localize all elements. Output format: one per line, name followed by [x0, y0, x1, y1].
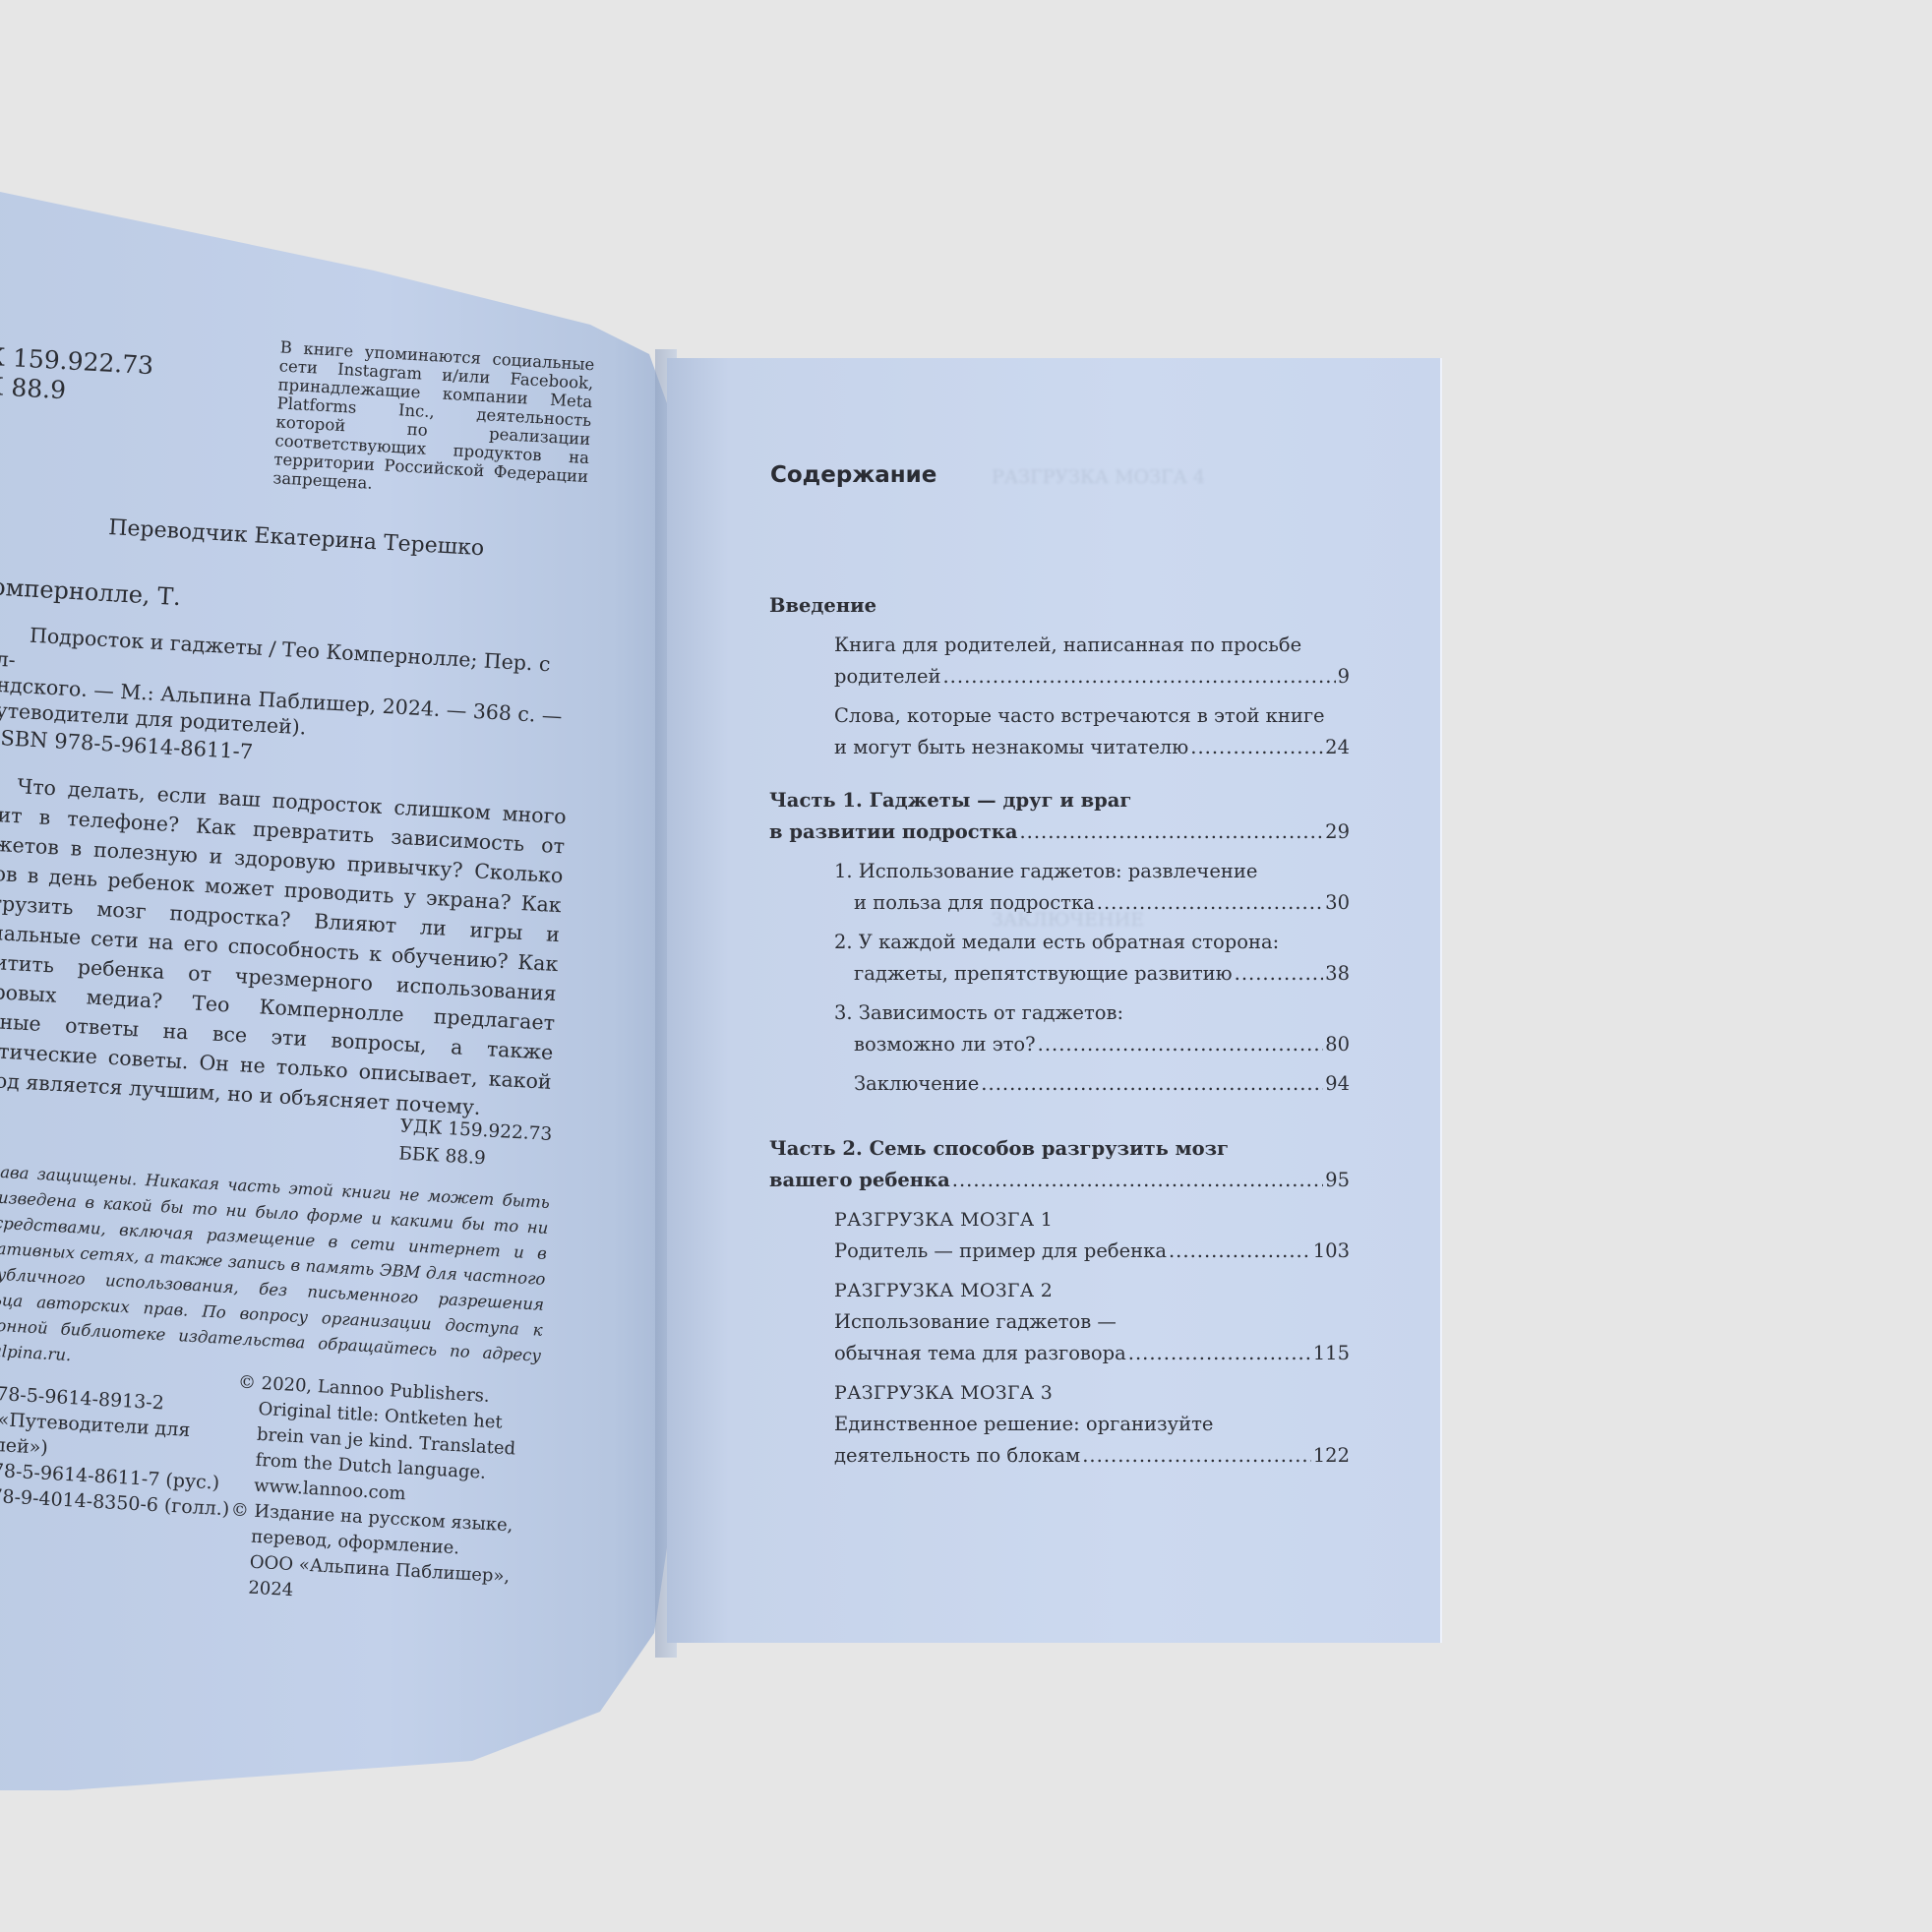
toc-entry[interactable]: Книга для родителей, написанная по прось…	[769, 630, 1350, 693]
toc-chapter-1[interactable]: 1. Использование гаджетов: развлечение и…	[769, 856, 1350, 919]
leader-dots	[1038, 1029, 1324, 1060]
unload-title: Использование гаджетов —	[834, 1306, 1350, 1338]
chapter-title: Заключение	[854, 1068, 979, 1100]
toc-title: Содержание	[770, 462, 936, 488]
page-number: 30	[1325, 887, 1350, 919]
page-number: 94	[1325, 1068, 1350, 1100]
page-number: 9	[1338, 661, 1350, 693]
annotation-text: Что делать, если ваш подросток слишком м…	[0, 768, 567, 1126]
leader-dots	[1169, 1236, 1311, 1267]
page-number: 122	[1313, 1440, 1350, 1472]
chapter-title: 3. Зависимость от гаджетов:	[854, 997, 1350, 1029]
social-networks-notice: В книге упоминаются социальные сети Inst…	[272, 337, 595, 505]
leader-dots	[952, 1165, 1323, 1196]
part-title: Часть 2. Семь способов разгрузить мозг	[769, 1133, 1350, 1165]
toc-conclusion[interactable]: Заключение94	[769, 1068, 1350, 1100]
page-number: 80	[1325, 1029, 1350, 1060]
toc-entry-text: родителей	[834, 661, 940, 693]
unload-title: деятельность по блокам	[834, 1440, 1080, 1472]
unload-title: Единственное решение: организуйте	[834, 1409, 1350, 1440]
toc-entry-text: и могут быть незнакомы читателю	[834, 732, 1188, 763]
udk-top: К 159.922.73 К 88.9	[0, 342, 154, 410]
leader-dots	[1082, 1440, 1311, 1472]
page-number: 115	[1313, 1338, 1350, 1369]
toc-chapter-2[interactable]: 2. У каждой медали есть обратная сторона…	[769, 927, 1350, 990]
udk-bottom: УДК 159.922.73 ББК 88.9	[397, 1113, 552, 1177]
toc-entry-text: Слова, которые часто встречаются в этой …	[834, 700, 1350, 732]
unload-label: РАЗГРУЗКА МОЗГА 2	[834, 1275, 1350, 1306]
toc-unload-2[interactable]: РАЗГРУЗКА МОЗГА 2 Использование гаджетов…	[769, 1275, 1350, 1369]
toc-unload-3[interactable]: РАЗГРУЗКА МОЗГА 3 Единственное решение: …	[769, 1377, 1350, 1472]
page-number: 95	[1325, 1165, 1350, 1196]
chapter-title: и польза для подростка	[854, 887, 1095, 919]
chapter-title: 2. У каждой медали есть обратная сторона…	[854, 927, 1350, 958]
page-number: 24	[1325, 732, 1350, 763]
part-title: Часть 1. Гаджеты — друг и враг	[769, 785, 1350, 816]
translator: Переводчик Екатерина Терешко	[108, 515, 485, 561]
toc-part-2[interactable]: Часть 2. Семь способов разгрузить мозг в…	[769, 1133, 1350, 1196]
part-title: в развитии подростка	[769, 816, 1017, 848]
part-title: вашего ребенка	[769, 1165, 950, 1196]
right-page: РАЗГРУЗКА МОЗГА 4 ЗАКЛЮЧЕНИЕ Содержание …	[667, 358, 1440, 1643]
chapter-title: возможно ли это?	[854, 1029, 1036, 1060]
bleed-through: РАЗГРУЗКА МОЗГА 4	[992, 466, 1205, 488]
leader-dots	[942, 661, 1335, 693]
leader-dots	[1235, 958, 1324, 990]
chapter-title: 1. Использование гаджетов: развлечение	[854, 856, 1350, 887]
page-number: 103	[1313, 1236, 1350, 1267]
page-number: 29	[1325, 816, 1350, 848]
leader-dots	[1128, 1338, 1311, 1369]
toc-intro-heading: Введение	[769, 590, 1350, 622]
toc-unload-1[interactable]: РАЗГРУЗКА МОЗГА 1 Родитель — пример для …	[769, 1204, 1350, 1267]
toc-chapter-3[interactable]: 3. Зависимость от гаджетов: возможно ли …	[769, 997, 1350, 1060]
unload-title: обычная тема для разговора	[834, 1338, 1126, 1369]
leader-dots	[981, 1068, 1323, 1100]
leader-dots	[1190, 732, 1323, 763]
rights-notice: Все права защищены. Никакая часть этой к…	[0, 1156, 550, 1394]
left-page: К 159.922.73 К 88.9 В книге упоминаются …	[0, 177, 669, 1790]
unload-label: РАЗГРУЗКА МОЗГА 1	[834, 1204, 1350, 1236]
page-number: 38	[1325, 958, 1350, 990]
toc-entry-text: Книга для родителей, написанная по прось…	[834, 630, 1350, 661]
toc-part-1[interactable]: Часть 1. Гаджеты — друг и враг в развити…	[769, 785, 1350, 848]
copyright-block: © 2020, Lannoo Publishers. Original titl…	[226, 1370, 521, 1616]
table-of-contents: Введение Книга для родителей, написанная…	[769, 590, 1350, 1472]
annotation: Что делать, если ваш подросток слишком м…	[0, 768, 567, 1126]
toc-entry[interactable]: Слова, которые часто встречаются в этой …	[769, 700, 1350, 763]
leader-dots	[1019, 816, 1323, 848]
unload-label: РАЗГРУЗКА МОЗГА 3	[834, 1377, 1350, 1409]
chapter-title: гаджеты, препятствующие развитию	[854, 958, 1233, 990]
unload-title: Родитель — пример для ребенка	[834, 1236, 1167, 1267]
author-heading: Компернолле, Т.	[0, 572, 182, 611]
isbn-list: ISBN 978-5-9614-8913-2 (серия «Путеводит…	[0, 1377, 236, 1522]
leader-dots	[1097, 887, 1323, 919]
